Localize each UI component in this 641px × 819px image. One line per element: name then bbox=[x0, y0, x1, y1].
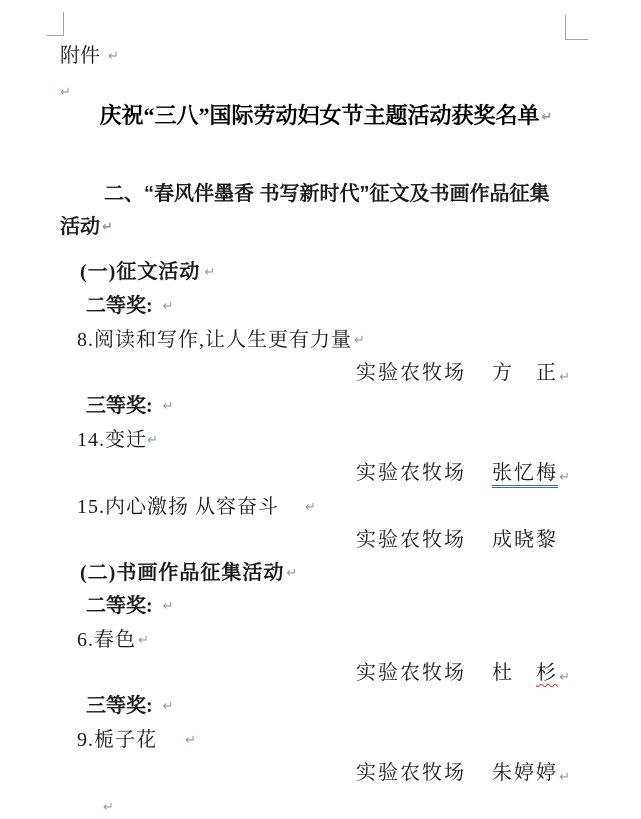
paragraph-mark-icon: ↵ bbox=[163, 599, 174, 614]
paragraph-mark-icon: ↵ bbox=[163, 399, 174, 414]
paragraph-mark-icon: ↵ bbox=[559, 466, 572, 490]
document-page: 附件↵ ↵ 庆祝“三八”国际劳动妇女节主题活动获奖名单↵ 二、“春风伴墨香 书写… bbox=[0, 0, 641, 819]
winner-name-spellcheck-underlined: 杉 bbox=[536, 662, 558, 684]
margin-crop-mark-top-left bbox=[47, 12, 64, 36]
entry-title-line: 9.栀子花↵ bbox=[60, 728, 566, 753]
entry-title: 6.春色 bbox=[77, 629, 136, 651]
spacer bbox=[153, 311, 163, 312]
paragraph-mark-icon: ↵ bbox=[559, 366, 572, 390]
entry-title: 14.变迁 bbox=[77, 429, 147, 451]
essay-third-award-line: 三等奖:↵ bbox=[60, 394, 566, 419]
paragraph-mark-icon: ↵ bbox=[354, 333, 366, 348]
entry-title: 8.阅读和写作,让人生更有力量 bbox=[77, 329, 352, 351]
paragraph-mark-icon: ↵ bbox=[305, 500, 317, 515]
paragraph-mark-icon: ↵ bbox=[108, 49, 119, 64]
winner-name: 杜 bbox=[492, 662, 514, 684]
artwork-second-award-line: 二等奖:↵ bbox=[60, 594, 566, 619]
entry-title: 9.栀子花 bbox=[77, 729, 157, 751]
subsection-heading: (二)书画作品征集活动 bbox=[80, 562, 284, 584]
paragraph-mark-icon: ↵ bbox=[102, 220, 113, 235]
page-title: 庆祝“三八”国际劳动妇女节主题活动获奖名单 bbox=[100, 103, 540, 128]
paragraph-mark-icon: ↵ bbox=[185, 733, 197, 748]
paragraph-mark-icon: ↵ bbox=[163, 699, 174, 714]
spacer bbox=[153, 411, 163, 412]
section-heading-line: 二、“春风伴墨香 书写新时代”征文及书画作品征集活动↵ bbox=[60, 178, 566, 244]
document-title-line: 庆祝“三八”国际劳动妇女节主题活动获奖名单↵ bbox=[60, 104, 566, 130]
paragraph-mark-icon: ↵ bbox=[286, 566, 297, 581]
paragraph-mark-icon: ↵ bbox=[542, 110, 553, 125]
entry-title-line: 14.变迁↵ bbox=[60, 428, 566, 453]
winner-org: 实验农牧场 bbox=[356, 529, 466, 551]
paragraph-mark-icon: ↵ bbox=[60, 85, 71, 100]
attachment-line: 附件↵ bbox=[60, 44, 566, 69]
entry-title-line: 8.阅读和写作,让人生更有力量↵ bbox=[60, 328, 566, 353]
winner-org: 实验农牧场 bbox=[356, 462, 466, 484]
section-heading: 二、“春风伴墨香 书写新时代”征文及书画作品征集活动 bbox=[60, 183, 550, 238]
spacer bbox=[100, 61, 108, 62]
winner-name-grammar-underlined: 张忆梅 bbox=[492, 462, 558, 488]
winner-org: 实验农牧场 bbox=[356, 662, 466, 684]
paragraph-mark-icon: ↵ bbox=[138, 633, 150, 648]
award-level-label: 二等奖: bbox=[86, 595, 153, 617]
winner-row: 实验农牧场朱婷婷↵ bbox=[60, 761, 566, 785]
award-level-label: 三等奖: bbox=[86, 395, 153, 417]
entry-title-line: 6.春色↵ bbox=[60, 628, 566, 653]
winner-name: 成晓黎 bbox=[492, 529, 558, 551]
spacer bbox=[279, 512, 305, 513]
spacer bbox=[153, 711, 163, 712]
subsection-artwork-heading-line: (二)书画作品征集活动↵ bbox=[60, 561, 566, 586]
winner-row: 实验农牧场成晓黎 bbox=[60, 528, 566, 552]
winner-row: 实验农牧场张忆梅↵ bbox=[60, 461, 566, 485]
attachment-label: 附件 bbox=[60, 45, 100, 67]
winner-org: 实验农牧场 bbox=[356, 762, 466, 784]
entry-title: 15.内心激扬 从容奋斗 bbox=[77, 496, 279, 518]
spacer bbox=[157, 745, 185, 746]
paragraph-mark-icon: ↵ bbox=[103, 800, 114, 815]
award-level-label: 二等奖: bbox=[86, 295, 153, 317]
winner-row: 实验农牧场方正↵ bbox=[60, 361, 566, 385]
winner-row: 实验农牧场杜杉↵ bbox=[60, 661, 566, 685]
subsection-heading: (一)征文活动 bbox=[80, 261, 200, 283]
subsection-essay-heading-line: (一)征文活动↵ bbox=[60, 260, 566, 285]
award-level-label: 三等奖: bbox=[86, 695, 153, 717]
empty-paragraph-line: ↵ bbox=[60, 80, 566, 105]
paragraph-mark-icon: ↵ bbox=[559, 766, 572, 790]
entry-title-line: 15.内心激扬 从容奋斗↵ bbox=[60, 495, 566, 520]
paragraph-mark-icon: ↵ bbox=[163, 299, 174, 314]
artwork-third-award-line: 三等奖:↵ bbox=[60, 694, 566, 719]
essay-second-award-line: 二等奖:↵ bbox=[60, 294, 566, 319]
trailing-empty-paragraph-line: ↵ bbox=[103, 795, 566, 819]
paragraph-mark-icon: ↵ bbox=[559, 666, 572, 690]
winner-org: 实验农牧场 bbox=[356, 362, 466, 384]
paragraph-mark-icon: ↵ bbox=[204, 265, 215, 280]
winner-name-secondary: 正 bbox=[536, 362, 558, 384]
margin-crop-mark-top-right bbox=[565, 15, 588, 40]
paragraph-mark-icon: ↵ bbox=[147, 433, 159, 448]
winner-name: 方 bbox=[492, 362, 514, 384]
winner-name: 朱婷婷 bbox=[492, 762, 558, 784]
spacer bbox=[153, 611, 163, 612]
